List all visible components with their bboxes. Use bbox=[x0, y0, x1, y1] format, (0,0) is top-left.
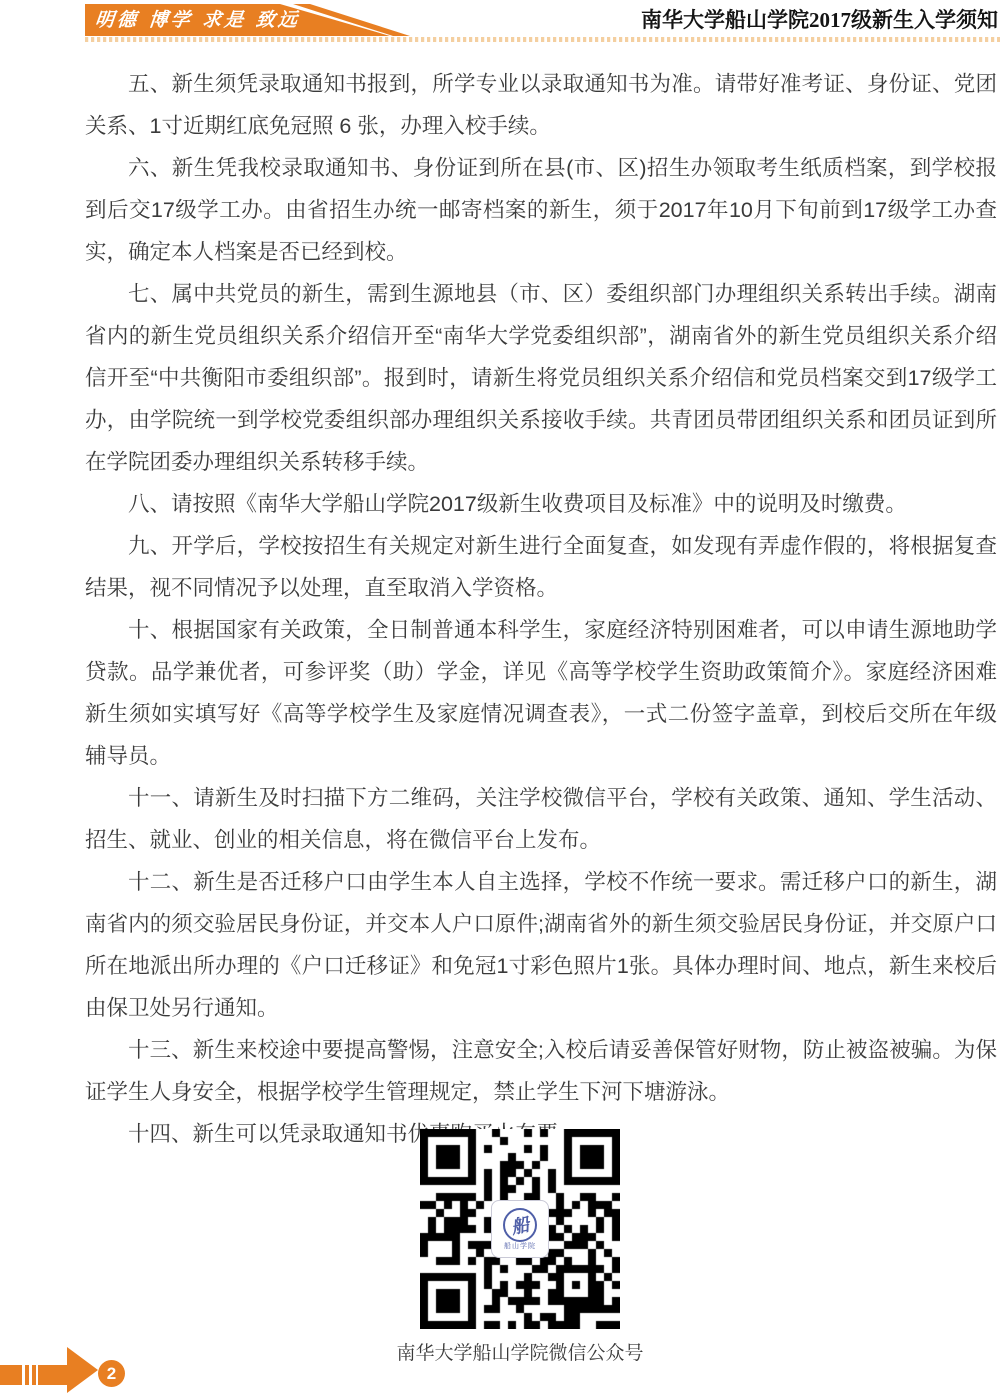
notice-paragraph: 八、请按照《南华大学船山学院2017级新生收费项目及标准》中的说明及时缴费。 bbox=[85, 483, 997, 525]
page-number-badge: 2 bbox=[98, 1360, 125, 1387]
notice-paragraph: 六、新生凭我校录取通知书、身份证到所在县(市、区)招生办领取考生纸质档案，到学校… bbox=[85, 147, 997, 273]
seal-text: 船山学院 bbox=[504, 1243, 536, 1251]
notice-paragraph: 十一、请新生及时扫描下方二维码，关注学校微信平台，学校有关政策、通知、学生活动、… bbox=[85, 777, 997, 861]
header-divider bbox=[85, 37, 1000, 42]
footer-arrow-tick bbox=[32, 1365, 36, 1385]
footer-arrow-tick bbox=[25, 1365, 29, 1385]
notice-paragraph: 七、属中共党员的新生，需到生源地县（市、区）委组织部门办理组织关系转出手续。湖南… bbox=[85, 273, 997, 483]
notice-paragraph: 十、根据国家有关政策，全日制普通本科学生，家庭经济特别困难者，可以申请生源地助学… bbox=[85, 609, 997, 777]
qr-caption: 南华大学船山学院微信公众号 bbox=[420, 1338, 620, 1365]
page-title: 南华大学船山学院2017级新生入学须知 bbox=[641, 5, 998, 35]
qr-wrap: 船 船山学院 bbox=[420, 1129, 620, 1329]
qr-block: 船 船山学院 南华大学船山学院微信公众号 bbox=[420, 1129, 620, 1365]
notice-paragraph: 十三、新生来校途中要提高警惕，注意安全;入校后请妥善保管好财物，防止被盗被骗。为… bbox=[85, 1029, 997, 1113]
notice-paragraph: 九、开学后，学校按招生有关规定对新生进行全面复查，如发现有弄虚作假的，将根据复查… bbox=[85, 525, 997, 609]
notice-paragraph: 五、新生须凭录取通知书报到，所学专业以录取通知书为准。请带好准考证、身份证、党团… bbox=[85, 63, 997, 147]
page: 明德 博学 求是 致远 南华大学船山学院2017级新生入学须知 五、新生须凭录取… bbox=[0, 0, 1000, 1395]
footer-arrow-head-icon bbox=[67, 1347, 98, 1393]
footer-arrow-bar bbox=[0, 1365, 22, 1385]
school-motto: 明德 博学 求是 致远 bbox=[93, 4, 301, 36]
notice-paragraphs: 五、新生须凭录取通知书报到，所学专业以录取通知书为准。请带好准考证、身份证、党团… bbox=[85, 63, 997, 1155]
qr-center-logo: 船 船山学院 bbox=[491, 1200, 549, 1258]
notice-paragraph: 十二、新生是否迁移户口由学生本人自主选择，学校不作统一要求。需迁移户口的新生，湖… bbox=[85, 861, 997, 1029]
footer-arrow-shaft bbox=[38, 1365, 67, 1385]
college-seal-icon: 船 bbox=[503, 1208, 537, 1242]
header-banner: 明德 博学 求是 致远 bbox=[85, 4, 425, 36]
seal-glyph: 船 bbox=[508, 1210, 531, 1239]
